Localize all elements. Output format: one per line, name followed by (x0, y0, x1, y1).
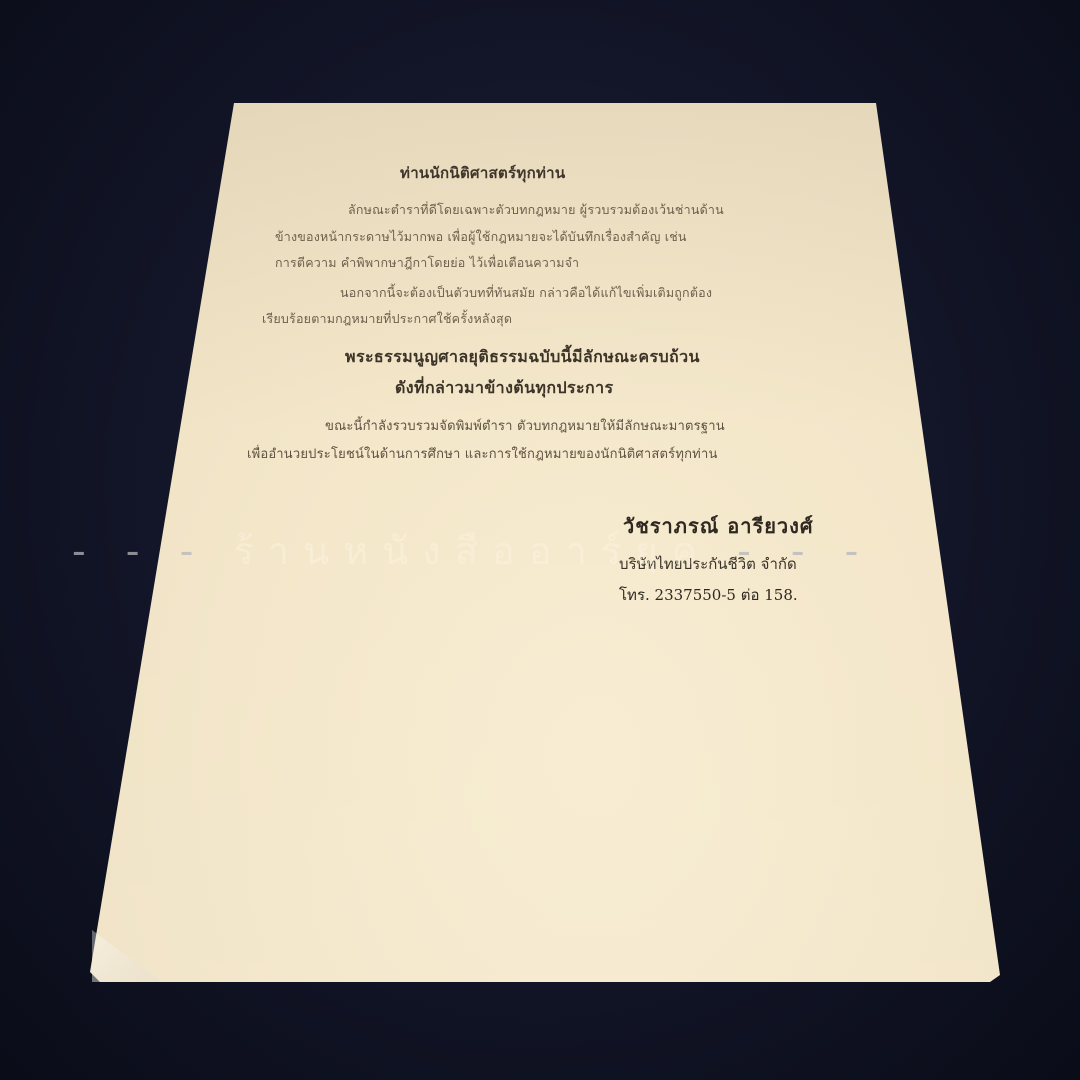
document-title: ท่านนักนิติศาสตร์ทุกท่าน (400, 161, 565, 185)
paragraph-3-line-2: เพื่ออำนวยประโยชน์ในด้านการศึกษา และการใ… (247, 443, 718, 464)
watermark-dashes-left: - - - (72, 529, 207, 573)
heading-line-1: พระธรรมนูญศาลยุติธรรมฉบับนี้มีลักษณะครบถ… (345, 345, 700, 370)
heading-line-2: ดังที่กล่าวมาข้างต้นทุกประการ (395, 376, 613, 401)
paragraph-2-line-1: นอกจากนี้จะต้องเป็นตัวบทที่ทันสมัย กล่าว… (340, 283, 712, 303)
paragraph-2-line-2: เรียบร้อยตามกฎหมายที่ประกาศใช้ครั้งหลังส… (262, 309, 512, 329)
signature-phone: โทร. 2337550-5 ต่อ 158. (619, 583, 798, 607)
shop-watermark: - - - ร้านหนังสืออาร์ยุค - - - (72, 520, 1012, 581)
watermark-text: ร้านหนังสืออาร์ยุค (233, 529, 711, 573)
paragraph-1-line-1: ลักษณะตำราที่ดีโดยเฉพาะตัวบทกฎหมาย ผู้รว… (348, 200, 724, 220)
paragraph-1-line-3: การตีความ คำพิพากษาฎีกาโดยย่อ ไว้เพื่อเต… (275, 253, 579, 273)
watermark-dashes-right: - - - (737, 529, 872, 573)
paragraph-1-line-2: ข้างของหน้ากระดาษไว้มากพอ เพื่อผู้ใช้กฎห… (275, 227, 687, 247)
paragraph-3-line-1: ขณะนี้กำลังรวบรวมจัดพิมพ์ตำรา ตัวบทกฎหมา… (325, 415, 725, 436)
